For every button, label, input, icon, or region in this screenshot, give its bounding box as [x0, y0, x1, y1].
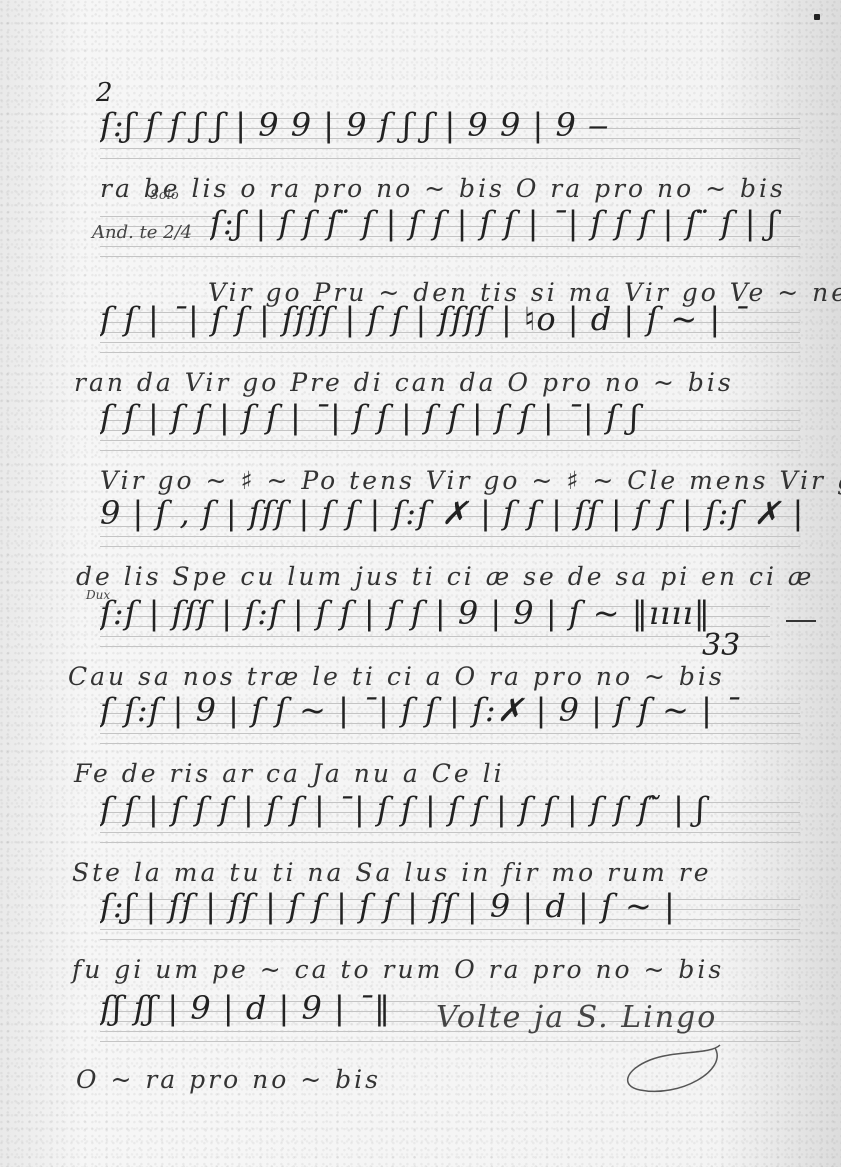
measure-count: 33 [702, 628, 740, 663]
solo-marking: Solo [150, 188, 179, 203]
music-system-5: 9 | ſ , ſ | ſſſ | ſ ſ | ſ:ſ ✗ | ſ ſ | ſſ… [100, 500, 800, 598]
music-system-1: ſ:ʃ ſ ſ ʃ ʃ | 9 9 | 9 ſ ʃ ʃ | 9 9 | 9 ‒ … [100, 112, 800, 210]
notation: ſ ſ | ˉ| ſ ſ | ſſſſ | ſ ſ | ſſſſ | ♮o | … [100, 300, 800, 362]
music-system-7: ſ ſ:ſ | 9 | ſ ſ ~ | ˉ| ſ ſ | ſ:✗ | 9 | ſ… [100, 697, 800, 795]
staff: ſ:ʃ | ſſ | ſſ | ſ ſ | ſ ſ | ſſ | 9 | d |… [100, 893, 800, 941]
rest-dash [786, 620, 816, 622]
notation: ſ:ſ | ſſſ | ſ:ſ | ſ ſ | ſ ſ | 9 | 9 | ſ … [100, 594, 770, 656]
staff: ſ:ʃ ſ ſ ʃ ʃ | 9 9 | 9 ſ ʃ ʃ | 9 9 | 9 ‒ [100, 112, 800, 160]
notation: ſ ſ:ſ | 9 | ſ ſ ~ | ˉ| ſ ſ | ſ:✗ | 9 | ſ… [100, 691, 800, 753]
music-system-8: ſ ſ | ſ ſ ſ | ſ ſ | ˉ| ſ ſ | ſ ſ | ſ ſ |… [100, 796, 800, 894]
staff: ſ:ʃ | ſ ſ ſ ̈ ſ | ſ ſ | ſ ſ | ˉ| ſ ſ ſ |… [100, 210, 800, 258]
music-system-4: ſ ſ | ſ ſ | ſ ſ | ˉ| ſ ſ | ſ ſ | ſ ſ | ˉ… [100, 404, 800, 502]
notation: 9 | ſ , ſ | ſſſ | ſ ſ | ſ:ſ ✗ | ſ ſ | ſſ… [100, 494, 800, 556]
staff: 9 | ſ , ſ | ſſſ | ſ ſ | ſ:ſ ✗ | ſ ſ | ſſ… [100, 500, 800, 548]
staff: ſ ſ | ſ ſ ſ | ſ ſ | ˉ| ſ ſ | ſ ſ | ſ ſ |… [100, 796, 800, 844]
staff: ſ ſ | ſ ſ | ſ ſ | ˉ| ſ ſ | ſ ſ | ſ ſ | ˉ… [100, 404, 800, 452]
music-system-9: ſ:ʃ | ſſ | ſſ | ſ ſ | ſ ſ | ſſ | 9 | d |… [100, 893, 800, 991]
staff: ſ ſ | ˉ| ſ ſ | ſſſſ | ſ ſ | ſſſſ | ♮o | … [100, 306, 800, 354]
music-system-2: ſ:ʃ | ſ ſ ſ ̈ ſ | ſ ſ | ſ ſ | ˉ| ſ ſ ſ |… [100, 210, 800, 314]
notation: ſʃ ſʃ | 9 | d | 9 | ˉ‖ [100, 989, 430, 1051]
lyrics-line: fu gi um pe ~ ca to rum O ra pro no ~ bi… [72, 955, 800, 991]
staff: ſ:ſ | ſſſ | ſ:ſ | ſ ſ | ſ ſ | 9 | 9 | ſ … [100, 600, 770, 648]
staff: ſ ſ:ſ | 9 | ſ ſ ~ | ˉ| ſ ſ | ſ:✗ | 9 | ſ… [100, 697, 800, 745]
music-system-3: ſ ſ | ˉ| ſ ſ | ſſſſ | ſ ſ | ſſſſ | ♮o | … [100, 306, 800, 404]
flourish-icon [620, 1040, 730, 1100]
notation: ſ:ʃ | ſſ | ſſ | ſ ſ | ſ ſ | ſſ | 9 | d |… [100, 887, 800, 949]
notation: ſ ſ | ſ ſ ſ | ſ ſ | ˉ| ſ ſ | ſ ſ | ſ ſ |… [100, 790, 800, 852]
ink-blot [814, 14, 820, 20]
volte-annotation: Volte ja S. Lingo [436, 1000, 717, 1035]
tempo-time-signature: And. te 2/4 [92, 222, 192, 243]
page-number: 2 [96, 78, 113, 108]
notation: ſ ſ | ſ ſ | ſ ſ | ˉ| ſ ſ | ſ ſ | ſ ſ | ˉ… [100, 398, 800, 460]
notation: ſ:ʃ | ſ ſ ſ ̈ ſ | ſ ſ | ſ ſ | ˉ| ſ ſ ſ |… [210, 204, 800, 266]
lyrics-line: de lis Spe cu lum jus ti ci æ se de sa p… [76, 562, 800, 598]
notation: ſ:ʃ ſ ſ ʃ ʃ | 9 9 | 9 ſ ʃ ʃ | 9 9 | 9 ‒ [100, 106, 800, 168]
music-system-6: ſ:ſ | ſſſ | ſ:ſ | ſ ſ | ſ ſ | 9 | 9 | ſ … [100, 600, 800, 698]
